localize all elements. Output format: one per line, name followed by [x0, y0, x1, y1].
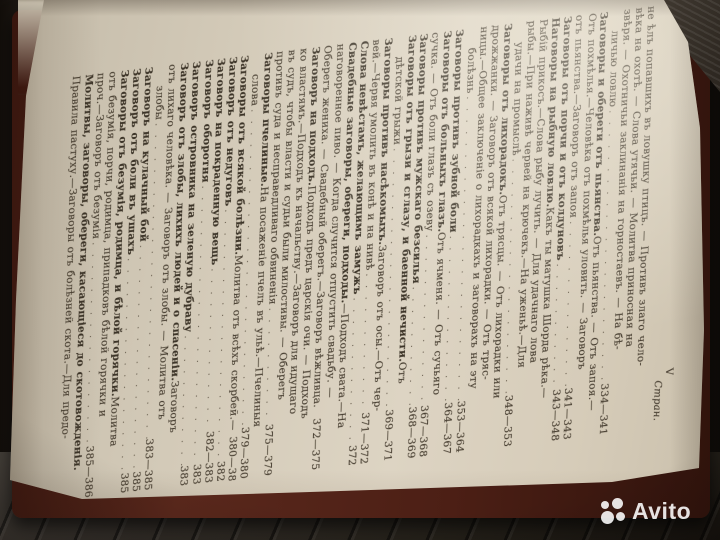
toc-lines: не ѣлъ попавшихъ въ ловушку птицъ. — Про… — [58, 5, 657, 501]
toc-line-dots — [540, 399, 541, 443]
photo: V Стран. не ѣлъ попавшихъ въ ловушку пти… — [0, 0, 720, 540]
toc-line-num: 385 — [130, 471, 143, 493]
toc-line-dots — [576, 370, 578, 439]
toc-line-num: 371—372 — [357, 412, 371, 465]
toc-line-dots — [396, 384, 398, 460]
toc-line-dots — [336, 429, 337, 468]
toc-line-dots — [612, 350, 615, 434]
toc-line-num: 348—353 — [501, 394, 515, 447]
toc-line-num: 383—385 — [142, 438, 156, 491]
toc-line-num: 375—379 — [261, 423, 275, 476]
toc-line-num: 385—386 — [82, 445, 96, 498]
toc-line-num: 372 — [345, 445, 358, 467]
toc-line-num: 353—364 — [453, 400, 467, 453]
toc-line-num: 385 — [118, 472, 131, 494]
toc-line-num: 369—371 — [381, 409, 395, 462]
toc-line-dots — [157, 420, 159, 489]
toc-line-dots — [169, 433, 171, 488]
toc-line-dots: . . . . . . . . . . . . . . . . . . . . … — [262, 304, 278, 425]
avito-wordmark: Avito — [632, 498, 691, 525]
avito-logo-icon — [600, 498, 627, 525]
toc-line-dots — [636, 366, 638, 431]
toc-line-num: 367—368 — [417, 404, 431, 457]
toc-line-dots — [276, 400, 278, 475]
toc-line-dots — [588, 411, 589, 437]
toc-line-num: 368—369 — [405, 406, 419, 459]
toc-line-dots — [73, 471, 74, 500]
toc-line-num: 379—380 — [237, 426, 251, 479]
toc-line-dots — [480, 380, 482, 450]
toc-line-text: злобы — [153, 85, 166, 121]
toc-line-text: личью ловлю — [606, 30, 620, 108]
toc-line-dots — [288, 415, 290, 474]
table-of-contents: V Стран. не ѣлъ попавшихъ въ ловушку пти… — [58, 2, 685, 501]
toc-line-dots — [624, 347, 627, 432]
toc-line-dots — [109, 447, 110, 495]
toc-line-dots — [492, 399, 493, 449]
toc-line-dots — [252, 428, 254, 478]
toc-line-dots — [516, 368, 518, 446]
toc-line-num: 343—348 — [549, 389, 563, 442]
toc-line-num: 341—343 — [561, 387, 575, 440]
toc-line-num: 364—367 — [441, 402, 455, 455]
toc-line-num: 372—375 — [309, 418, 323, 471]
toc-line-dots — [300, 419, 302, 472]
toc-line-text: болѣзнь — [464, 47, 477, 94]
toc-line-num: 383 — [190, 463, 203, 485]
toc-line-dots — [324, 398, 326, 469]
toc-line-num: 334—341 — [597, 383, 611, 436]
toc-line-num: 382 — [214, 460, 227, 482]
toc-line-dots — [61, 439, 63, 501]
toc-line-dots — [97, 417, 99, 496]
book-page: V Стран. не ѣлъ попавшихъ въ ловушку пти… — [0, 0, 720, 540]
toc-line-dots — [468, 389, 470, 451]
toc-line-num: 383 — [178, 465, 191, 487]
toc-line-num: 380—382 — [225, 436, 238, 481]
toc-line-text: слова — [249, 73, 262, 106]
toc-line-dots — [528, 363, 530, 444]
toc-line-dots — [372, 412, 374, 464]
toc-line-dots — [432, 395, 434, 456]
avito-watermark: Avito — [600, 498, 691, 525]
